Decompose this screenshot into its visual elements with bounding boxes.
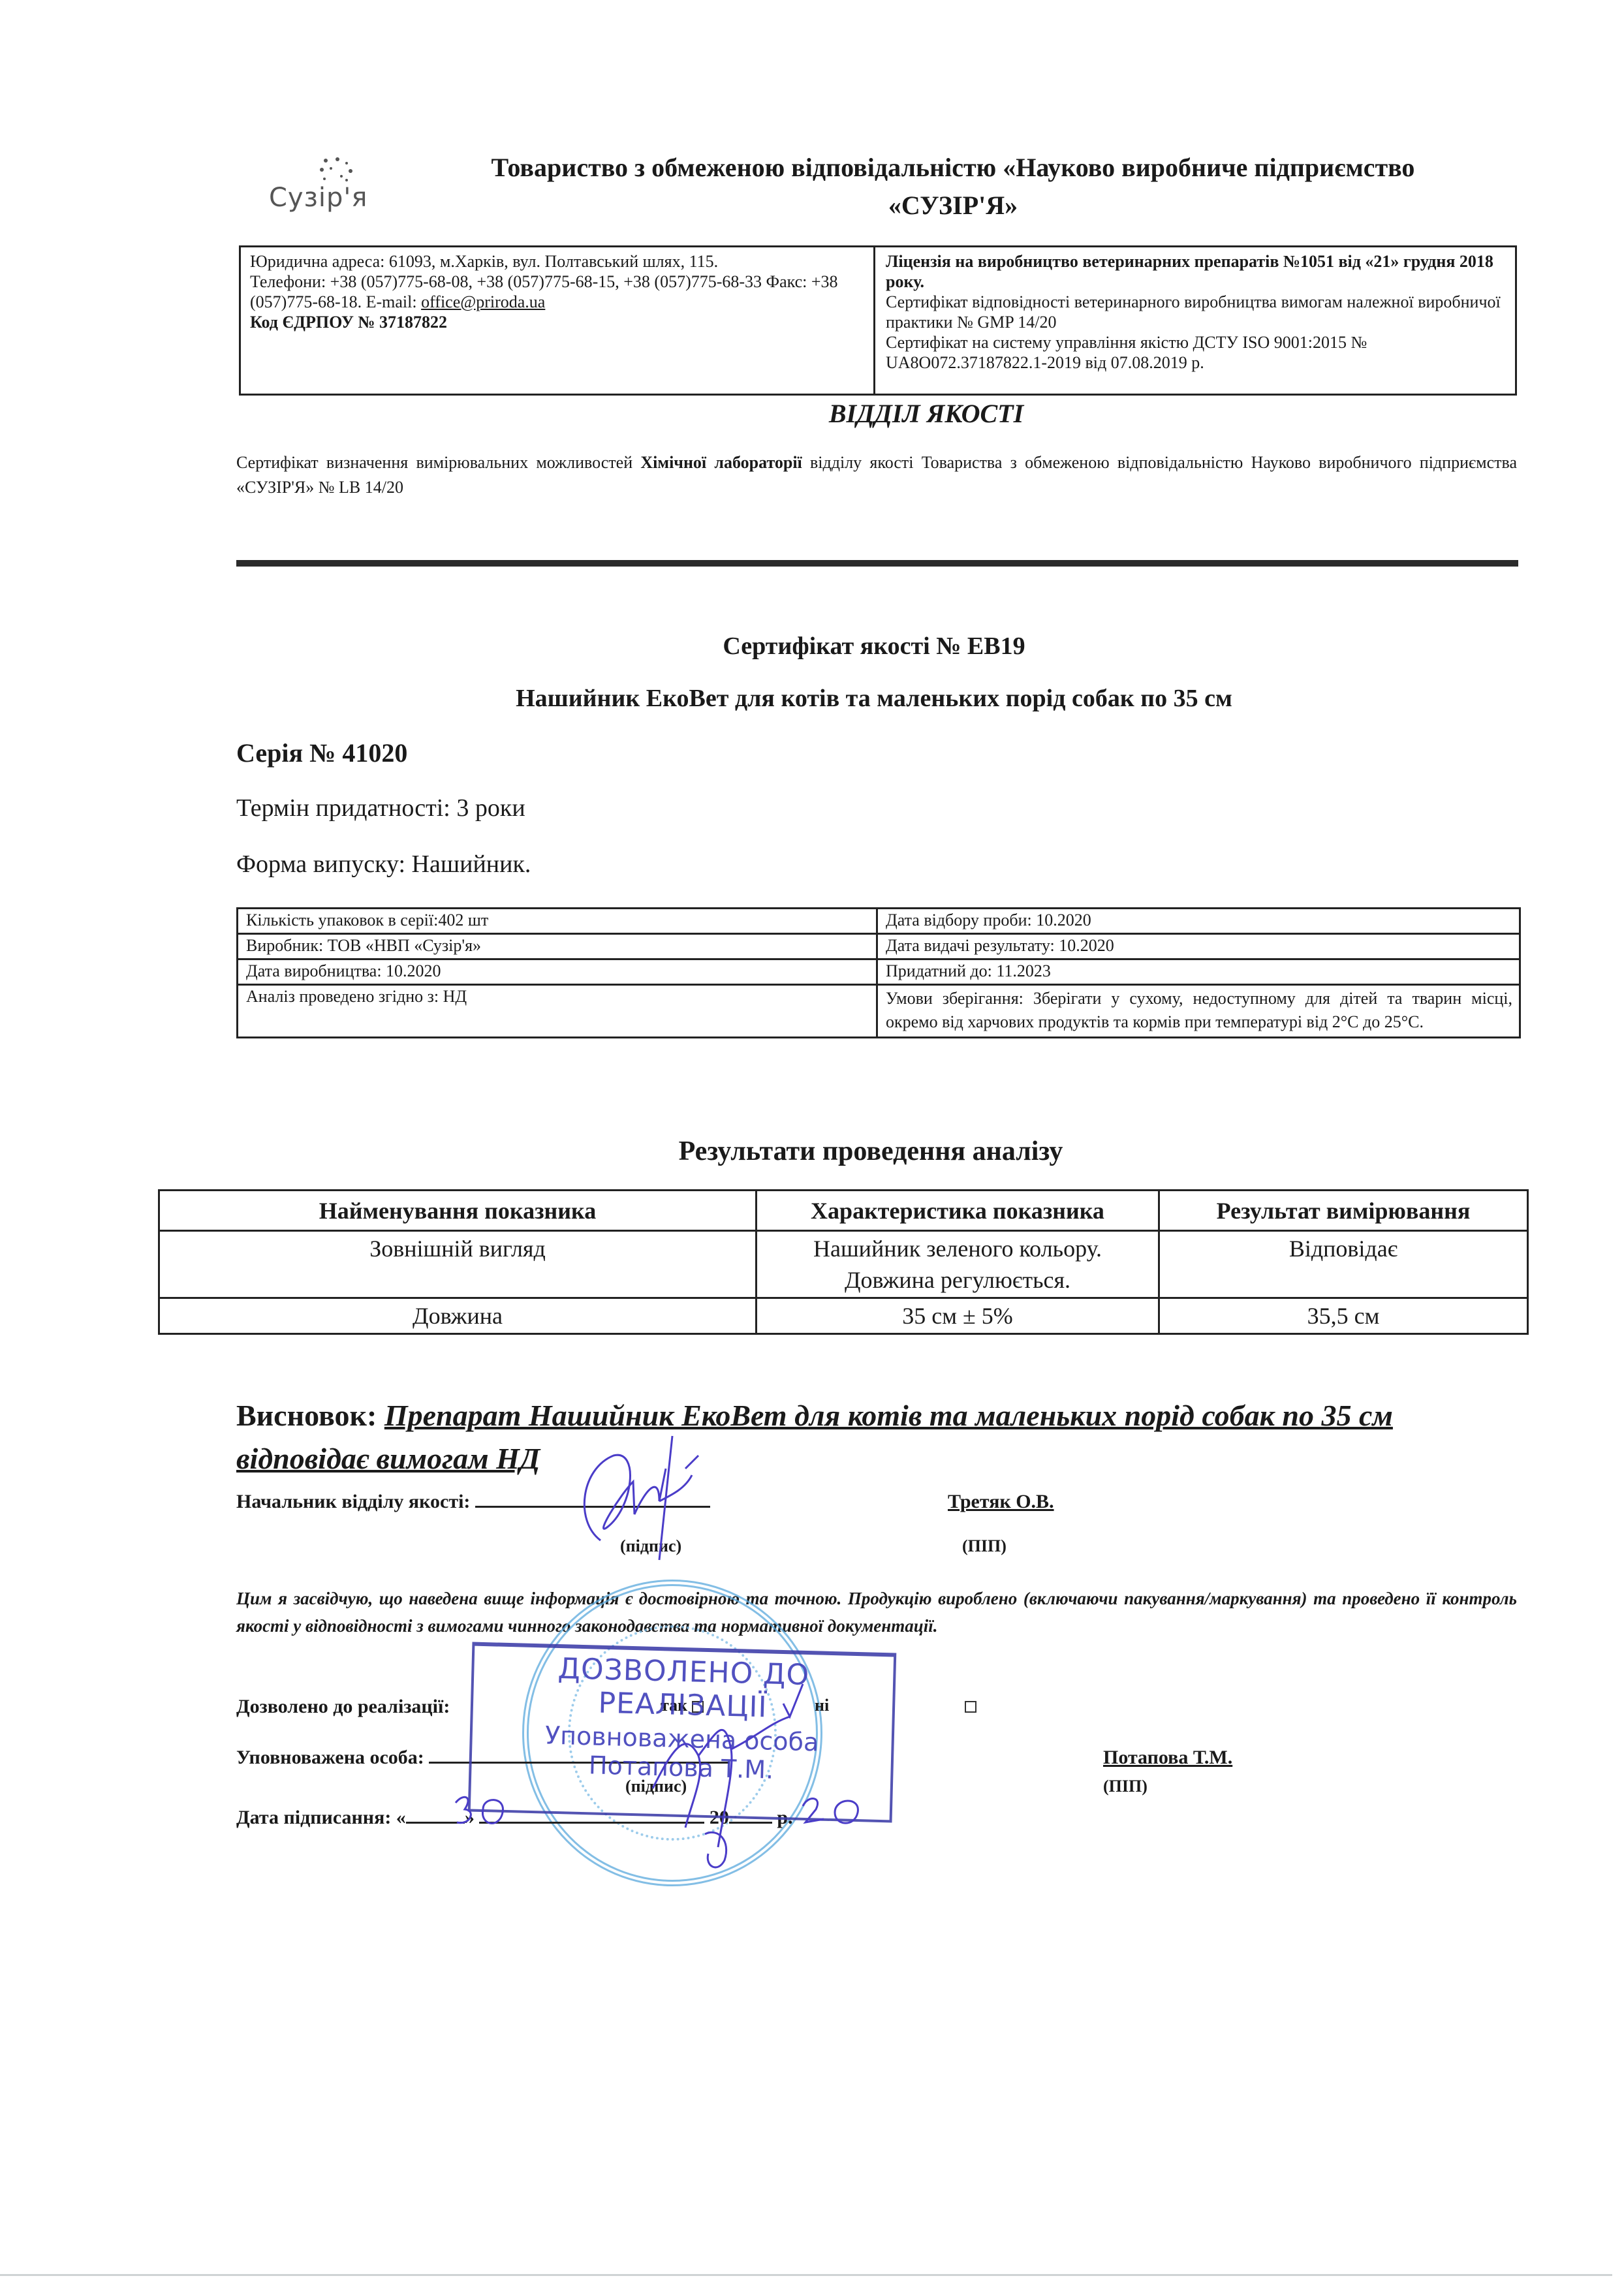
table-cell: 35 см ± 5% — [757, 1298, 1159, 1334]
name-caption: (ПІП) — [962, 1536, 1007, 1556]
logo-text: Сузір'я — [269, 183, 367, 213]
release-no-label: ні — [815, 1696, 829, 1715]
head-name: Третяк О.В. — [948, 1491, 1054, 1513]
batch-info-table: Кількість упаковок в серії:402 шт Дата в… — [236, 907, 1521, 1038]
signature-caption: (підпис) — [625, 1777, 687, 1796]
table-row: Зовнішній вигляд Нашийник зеленого кольо… — [159, 1231, 1528, 1298]
date-day-field[interactable] — [406, 1808, 465, 1824]
release-yes-option[interactable]: так — [661, 1696, 704, 1715]
approval-stamp-line1: ДОЗВОЛЕНО ДО РЕАЛІЗАЦІЇ — [473, 1650, 894, 1728]
results-title: Результати проведення аналізу — [0, 1136, 1624, 1167]
date-suffix: р. — [777, 1807, 792, 1828]
authorized-label: Уповноважена особа: — [236, 1747, 424, 1768]
table-row: Кількість упаковок в серії:402 шт Дата в… — [238, 909, 1520, 934]
company-contacts: Юридична адреса: 61093, м.Харків, вул. П… — [241, 247, 875, 394]
company-logo: Сузір'я — [256, 157, 373, 215]
head-label: Начальник відділу якості: — [236, 1491, 470, 1512]
company-licenses: Ліцензія на виробництво ветеринарних пре… — [875, 247, 1515, 394]
gmp-certificate: Сертифікат відповідності ветеринарного в… — [886, 292, 1508, 332]
column-header: Найменування показника — [159, 1191, 757, 1231]
signature-line — [429, 1748, 729, 1764]
table-cell: Зовнішній вигляд — [159, 1231, 757, 1298]
product-name: Нашийник ЕкоВет для котів та маленьких п… — [0, 684, 1624, 713]
shelf-life: Термін придатності: 3 роки — [236, 794, 525, 822]
table-row: Дата виробництва: 10.2020 Придатний до: … — [238, 959, 1520, 985]
table-cell: 35,5 см — [1159, 1298, 1528, 1334]
release-allowed-row: Дозволено до реалізації: — [236, 1696, 450, 1718]
header-divider — [236, 560, 1518, 567]
attestation-text: Цим я засвідчую, що наведена вище інформ… — [236, 1585, 1517, 1640]
table-cell: Дата відбору проби: 10.2020 — [877, 909, 1520, 934]
table-row: Довжина 35 см ± 5% 35,5 см — [159, 1298, 1528, 1334]
table-cell: Умови зберігання: Зберігати у сухому, не… — [877, 985, 1520, 1038]
release-yes-label: так — [661, 1696, 687, 1715]
signature-line — [475, 1492, 710, 1508]
lab-cert-bold: Хімічної лабораторії — [640, 453, 802, 472]
company-title: Товариство з обмеженою відповідальністю … — [392, 149, 1514, 225]
spec-line: Довжина регулюється. — [761, 1264, 1154, 1296]
date-month-field[interactable] — [479, 1808, 704, 1824]
release-label: Дозволено до реалізації: — [236, 1696, 450, 1717]
table-cell: Відповідає — [1159, 1231, 1528, 1298]
company-title-line1: Товариство з обмеженою відповідальністю … — [392, 149, 1514, 187]
quality-certificate-page: Сузір'я Товариство з обмеженою відповіда… — [0, 0, 1624, 2291]
table-row: Виробник: ТОВ «НВП «Сузір'я» Дата видачі… — [238, 934, 1520, 959]
company-info-box: Юридична адреса: 61093, м.Харків, вул. П… — [239, 245, 1517, 396]
table-cell: Нашийник зеленого кольору. Довжина регул… — [757, 1231, 1159, 1298]
license-text: Ліцензія на виробництво ветеринарних пре… — [886, 251, 1508, 292]
authorized-person-row: Уповноважена особа: — [236, 1747, 729, 1769]
release-form: Форма випуску: Нашийник. — [236, 850, 531, 879]
table-cell: Довжина — [159, 1298, 757, 1334]
series-number: Серія № 41020 — [236, 738, 407, 768]
email-link[interactable]: office@priroda.ua — [421, 292, 545, 311]
column-header: Характеристика показника — [757, 1191, 1159, 1231]
certificate-number: Сертифікат якості № ЕВ19 — [0, 632, 1624, 661]
name-caption: (ПІП) — [1103, 1777, 1148, 1796]
legal-address: Юридична адреса: 61093, м.Харків, вул. П… — [250, 251, 867, 272]
conclusion-text: Препарат Нашийник ЕкоВет для котів та ма… — [236, 1399, 1393, 1475]
date-year-field[interactable] — [729, 1808, 772, 1824]
edrpou-code: Код ЄДРПОУ № 37187822 — [250, 312, 867, 332]
lab-certificate-text: Сертифікат визначення вимірювальних можл… — [236, 450, 1517, 500]
authorized-name: Потапова Т.М. — [1103, 1747, 1232, 1769]
table-cell: Кількість упаковок в серії:402 шт — [238, 909, 877, 934]
department-title: ВІДДІЛ ЯКОСТІ — [0, 398, 1624, 429]
table-cell: Виробник: ТОВ «НВП «Сузір'я» — [238, 934, 877, 959]
company-title-line2: «СУЗІР'Я» — [392, 187, 1514, 225]
scan-edge — [0, 2274, 1612, 2276]
table-cell: Аналіз проведено згідно з: НД — [238, 985, 877, 1038]
table-row: Аналіз проведено згідно з: НД Умови збер… — [238, 985, 1520, 1038]
lab-cert-prefix: Сертифікат визначення вимірювальних можл… — [236, 453, 640, 472]
phones: Телефони: +38 (057)775-68-08, +38 (057)7… — [250, 272, 867, 312]
conclusion: Висновок: Препарат Нашийник ЕкоВет для к… — [236, 1394, 1517, 1480]
date-year-prefix: 20 — [710, 1807, 729, 1828]
release-no-checkbox[interactable] — [965, 1701, 976, 1713]
release-yes-checkbox[interactable] — [692, 1701, 704, 1713]
handwritten-year-icon — [799, 1790, 871, 1835]
table-header-row: Найменування показника Характеристика по… — [159, 1191, 1528, 1231]
table-cell: Придатний до: 11.2023 — [877, 959, 1520, 985]
table-cell: Дата виробництва: 10.2020 — [238, 959, 877, 985]
signing-date-row: Дата підписання: «» 20 р. — [236, 1807, 793, 1829]
head-signature-row: Начальник відділу якості: — [236, 1491, 710, 1513]
iso-certificate: Сертифікат на систему управління якістю … — [886, 332, 1508, 373]
spec-line: Нашийник зеленого кольору. — [761, 1233, 1154, 1264]
date-label: Дата підписання: « — [236, 1807, 406, 1828]
table-cell: Дата видачі результату: 10.2020 — [877, 934, 1520, 959]
column-header: Результат вимірювання — [1159, 1191, 1528, 1231]
release-no-option[interactable]: ні — [815, 1696, 829, 1715]
results-table: Найменування показника Характеристика по… — [158, 1189, 1529, 1335]
signature-caption: (підпис) — [620, 1536, 681, 1556]
conclusion-label: Висновок: — [236, 1399, 377, 1432]
